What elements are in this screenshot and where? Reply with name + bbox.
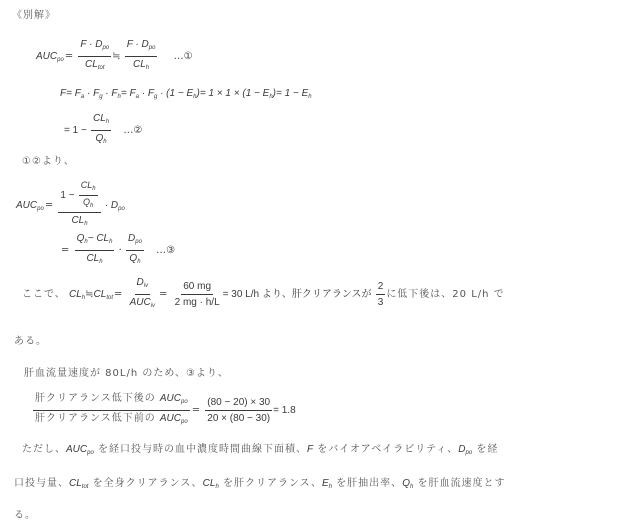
subscript: po xyxy=(87,450,94,456)
def-text: をバイオアベイラビリティ、 xyxy=(313,444,458,455)
subscript: h xyxy=(92,186,95,192)
subscript: tot xyxy=(98,65,105,71)
denominator: CL xyxy=(133,59,146,70)
definitions-line-1: ただし、AUCpo を経口投与時の血中濃度時間曲線下面積、F をバイオアベイラビ… xyxy=(22,440,498,456)
eq-part: · F xyxy=(139,88,154,99)
fraction-f-dpo-cltot: F · Dpo CLtot xyxy=(78,38,111,75)
multiply-dot: · xyxy=(119,245,122,256)
eh-symbol: E xyxy=(322,478,329,489)
definitions-line-2: 口投与量、CLtot を全身クリアランス、CLh を肝クリアランス、Eh を肝抽… xyxy=(14,474,506,490)
numerator: D xyxy=(137,277,144,288)
subscript: iv xyxy=(151,303,155,309)
subscript: po xyxy=(37,206,44,212)
fraction-f-dpo-clh: F · Dpo CLh xyxy=(125,38,158,75)
equation-4: AUCpo= 1 − CLh Qh CLh · Dpo xyxy=(16,180,125,231)
fraction-dpo-qh: Dpo Qh xyxy=(126,232,144,269)
fraction-div-auciv: Div AUCiv xyxy=(128,276,157,313)
compound-fraction: 1 − CLh Qh CLh xyxy=(58,180,100,231)
auc-symbol: AUC xyxy=(160,413,181,424)
auc-symbol: AUC xyxy=(66,444,87,455)
auc-symbol: AUC xyxy=(36,51,57,62)
equation-1: AUCpo= F · Dpo CLtot ≒ F · Dpo CLh …① xyxy=(36,38,193,75)
fraction-two-thirds: 2 3 xyxy=(376,280,386,309)
fraction-calc: (80 − 20) × 30 20 × (80 − 30) xyxy=(205,396,272,425)
equation-tag-2: …② xyxy=(123,125,142,136)
after-text: に低下後は、20 L/h で xyxy=(386,289,504,300)
numerator: (80 − 20) × 30 xyxy=(205,396,272,411)
equation-tag-3: …③ xyxy=(156,245,175,256)
eq-prefix: 1 − xyxy=(60,190,74,201)
approx-sign: ≒ xyxy=(112,51,120,62)
denominator: Q xyxy=(83,197,90,207)
fraction-qh-minus-clh: Qh− CLh CLh xyxy=(75,232,115,269)
denominator: 2 mg · h/L xyxy=(173,295,222,309)
fraction-clh-qh: CLh Qh xyxy=(91,112,111,149)
fraction-60mg: 60 mg 2 mg · h/L xyxy=(173,280,222,309)
eq-part: · F xyxy=(103,88,118,99)
numerator: CL xyxy=(81,180,93,190)
clh-symbol: CL xyxy=(203,478,216,489)
qh-symbol: Q xyxy=(402,478,410,489)
subscript: po xyxy=(102,45,109,51)
denominator: CL xyxy=(71,215,84,226)
numerator-label: 肝クリアランス低下後の xyxy=(35,393,160,404)
clh-symbol: CL xyxy=(69,289,82,300)
def-text: を経口投与時の血中濃度時間曲線下面積、 xyxy=(94,444,307,455)
approx-sign: ≒ xyxy=(85,289,93,300)
auc-ratio-equation: 肝クリアランス低下後の AUCpo 肝クリアランス低下前の AUCpo = (8… xyxy=(32,392,296,429)
numerator: F · D xyxy=(80,39,102,50)
def-text: を肝抽出率、 xyxy=(332,478,402,489)
inner-fraction-clh-qh: CLh Qh xyxy=(79,180,98,211)
cltot-symbol: CL xyxy=(69,478,82,489)
subscript: h xyxy=(103,139,106,145)
subscript: h xyxy=(308,94,311,100)
subscript: h xyxy=(84,221,87,227)
d-symbol: D xyxy=(458,444,465,455)
def-text: を肝血流速度とす xyxy=(413,478,505,489)
denominator-label: 肝クリアランス低下前の xyxy=(35,413,160,424)
subscript: h xyxy=(146,65,149,71)
fraction-auc-ratio: 肝クリアランス低下後の AUCpo 肝クリアランス低下前の AUCpo xyxy=(33,392,190,429)
denominator: CL xyxy=(85,59,98,70)
numerator: F · D xyxy=(127,39,149,50)
equation-5: = Qh− CLh CLh · Dpo Qh …③ xyxy=(60,232,175,269)
eq-part: )= 1 − E xyxy=(273,88,309,99)
numerator: 2 xyxy=(376,280,386,295)
section-heading: 《別解》 xyxy=(12,6,56,21)
subscript: h xyxy=(99,259,102,265)
subscript: h xyxy=(137,259,140,265)
clearance-calculation-line: ここで、 CLh≒CLtot= Div AUCiv = 60 mg 2 mg ·… xyxy=(22,276,505,313)
eq-part: )= 1 × 1 × (1 − E xyxy=(197,88,270,99)
subscript: po xyxy=(57,57,64,63)
denominator: CL xyxy=(86,253,99,264)
cltot-symbol: CL xyxy=(94,289,107,300)
subscript: iv xyxy=(144,283,148,289)
def-text: 口投与量、 xyxy=(14,478,69,489)
subscript: tot xyxy=(106,295,113,301)
numerator: 60 mg xyxy=(181,280,213,295)
aru-text: ある。 xyxy=(14,332,47,347)
numerator-part: − CL xyxy=(88,233,109,244)
eq-part: = F xyxy=(121,88,136,99)
dose-term: · D xyxy=(105,200,118,211)
ratio-result: = 1.8 xyxy=(273,405,296,416)
denominator: AUC xyxy=(130,297,151,308)
subscript: po xyxy=(181,399,188,405)
equation-3: = 1 − CLh Qh …② xyxy=(64,112,142,149)
eq-prefix: = 1 − xyxy=(64,125,87,136)
subscript: po xyxy=(118,206,125,212)
result-text: = 30 L/h より、肝クリアランスが xyxy=(223,289,372,300)
def-text: を経 xyxy=(472,444,498,455)
denominator: 3 xyxy=(376,295,386,309)
eq-part: · (1 − E xyxy=(157,88,193,99)
eq-part: · F xyxy=(84,88,99,99)
definitions-line-3: る。 xyxy=(14,506,36,521)
auc-symbol: AUC xyxy=(160,393,181,404)
numerator: CL xyxy=(93,113,106,124)
auc-symbol: AUC xyxy=(16,200,37,211)
from-eq-1-2: ①②より、 xyxy=(22,152,75,167)
subscript: po xyxy=(149,45,156,51)
equation-tag-1: …① xyxy=(174,51,193,62)
def-text: を肝クリアランス、 xyxy=(219,478,322,489)
eq-part: F= F xyxy=(60,88,81,99)
def-text: を全身クリアランス、 xyxy=(88,478,202,489)
subscript: h xyxy=(90,203,93,209)
subscript: h xyxy=(106,119,109,125)
subscript: po xyxy=(181,419,188,425)
hepatic-blood-flow-line: 肝血流量速度が 80L/h のため、③より、 xyxy=(24,364,229,379)
def-text: ただし、 xyxy=(22,444,66,455)
subscript: h xyxy=(109,239,112,245)
lead-text: ここで、 xyxy=(22,289,66,300)
equation-2: F= Fa · Fg · Fh= Fa · Fg · (1 − Eh)= 1 ×… xyxy=(60,88,312,100)
denominator: 20 × (80 − 30) xyxy=(205,411,272,425)
subscript: po xyxy=(135,239,142,245)
